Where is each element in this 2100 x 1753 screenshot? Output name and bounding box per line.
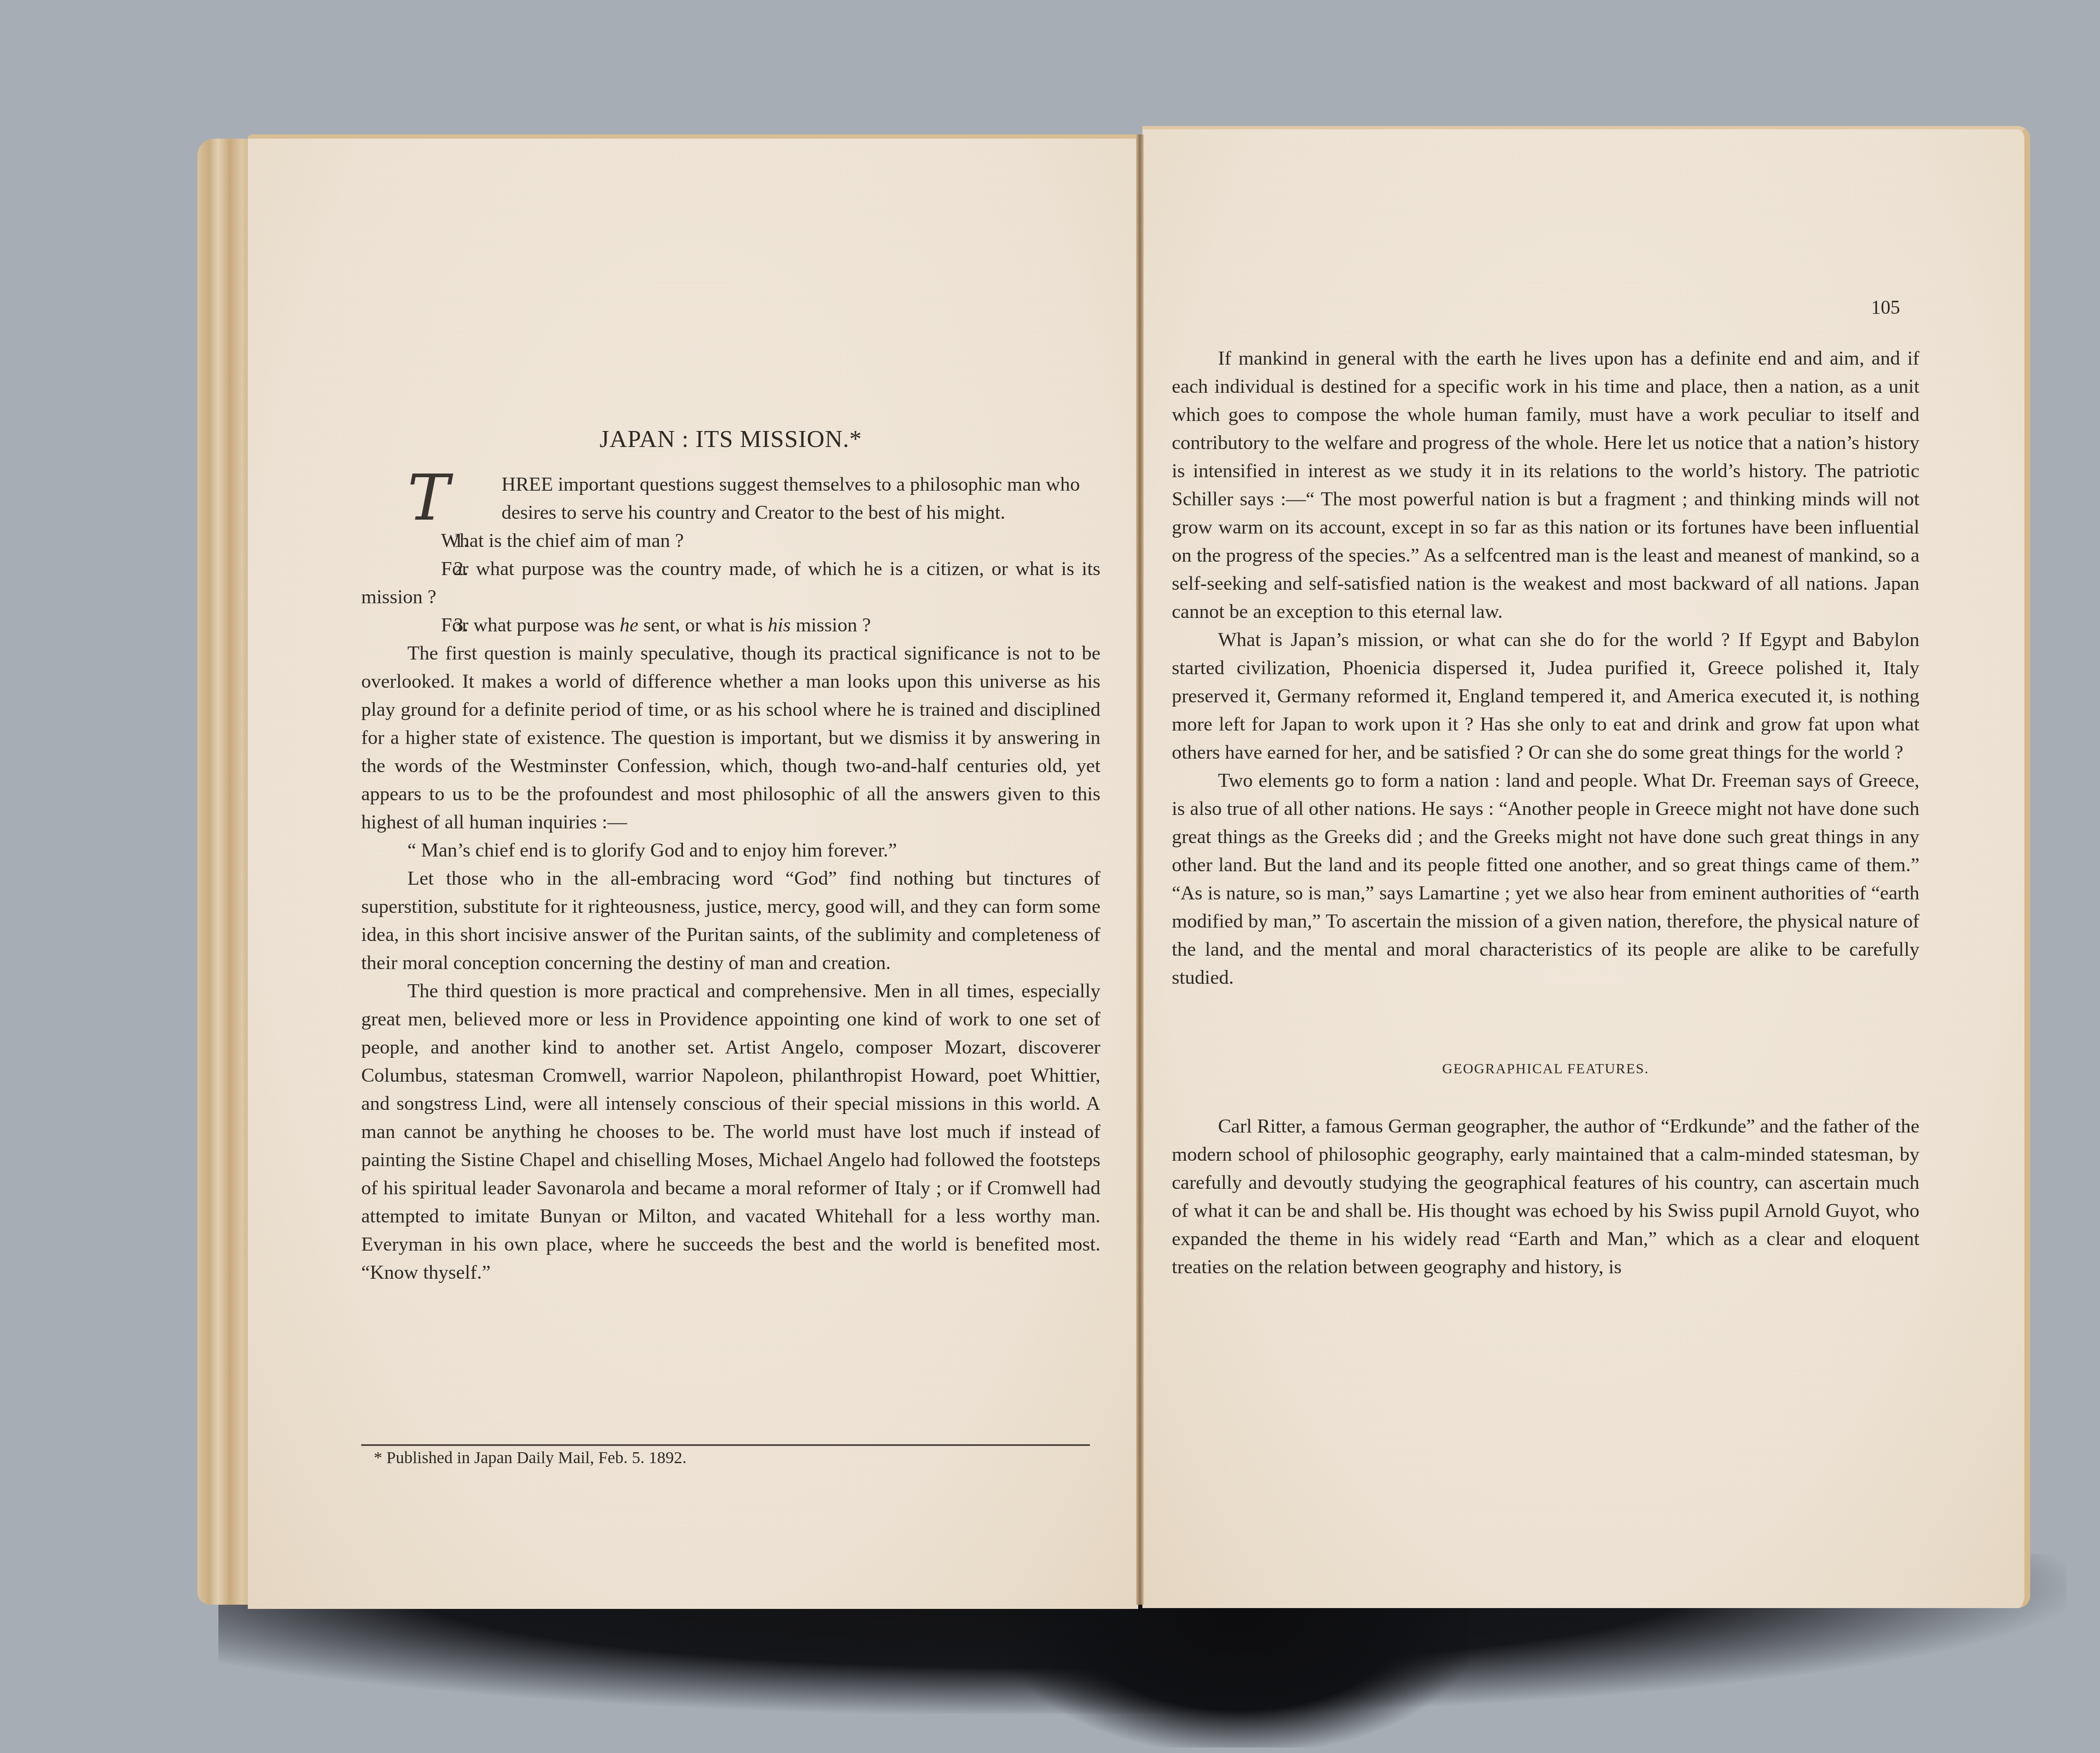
- page-edges-stack: [197, 139, 256, 1605]
- quotation: “ Man’s chief end is to glorify God and …: [361, 836, 1100, 865]
- paragraph: Carl Ritter, a famous German geographer,…: [1172, 1112, 1919, 1281]
- question-2: 2.For what purpose was the country made,…: [361, 555, 1100, 611]
- ornamental-dropcap: T: [361, 473, 449, 523]
- intro-paragraph: THREE important questions suggest themse…: [361, 470, 1100, 527]
- book-shadow-center: [1008, 1588, 1470, 1748]
- paragraph: The first question is mainly speculative…: [361, 639, 1100, 836]
- chapter-title: JAPAN : ITS MISSION.*: [361, 424, 1100, 454]
- question-3: 3.For what purpose was he sent, or what …: [361, 611, 1100, 639]
- right-page-text: If mankind in general with the earth he …: [1172, 344, 1919, 1281]
- section-heading: GEOGRAPHICAL FEATURES.: [1172, 1055, 1919, 1083]
- paragraph: Let those who in the all-embracing word …: [361, 865, 1100, 977]
- book-gutter: [1136, 134, 1144, 1605]
- footnote: * Published in Japan Daily Mail, Feb. 5.…: [374, 1445, 686, 1470]
- question-1: 1.What is the chief aim of man ?: [361, 527, 1100, 555]
- page-number: 105: [1871, 296, 1900, 318]
- left-page-text: JAPAN : ITS MISSION.* THREE important qu…: [361, 424, 1100, 1287]
- paragraph: Two elements go to form a nation : land …: [1172, 767, 1919, 992]
- paragraph: What is Japan’s mission, or what can she…: [1172, 626, 1919, 767]
- paragraph: The third question is more practical and…: [361, 977, 1100, 1287]
- paragraph: If mankind in general with the earth he …: [1172, 344, 1919, 626]
